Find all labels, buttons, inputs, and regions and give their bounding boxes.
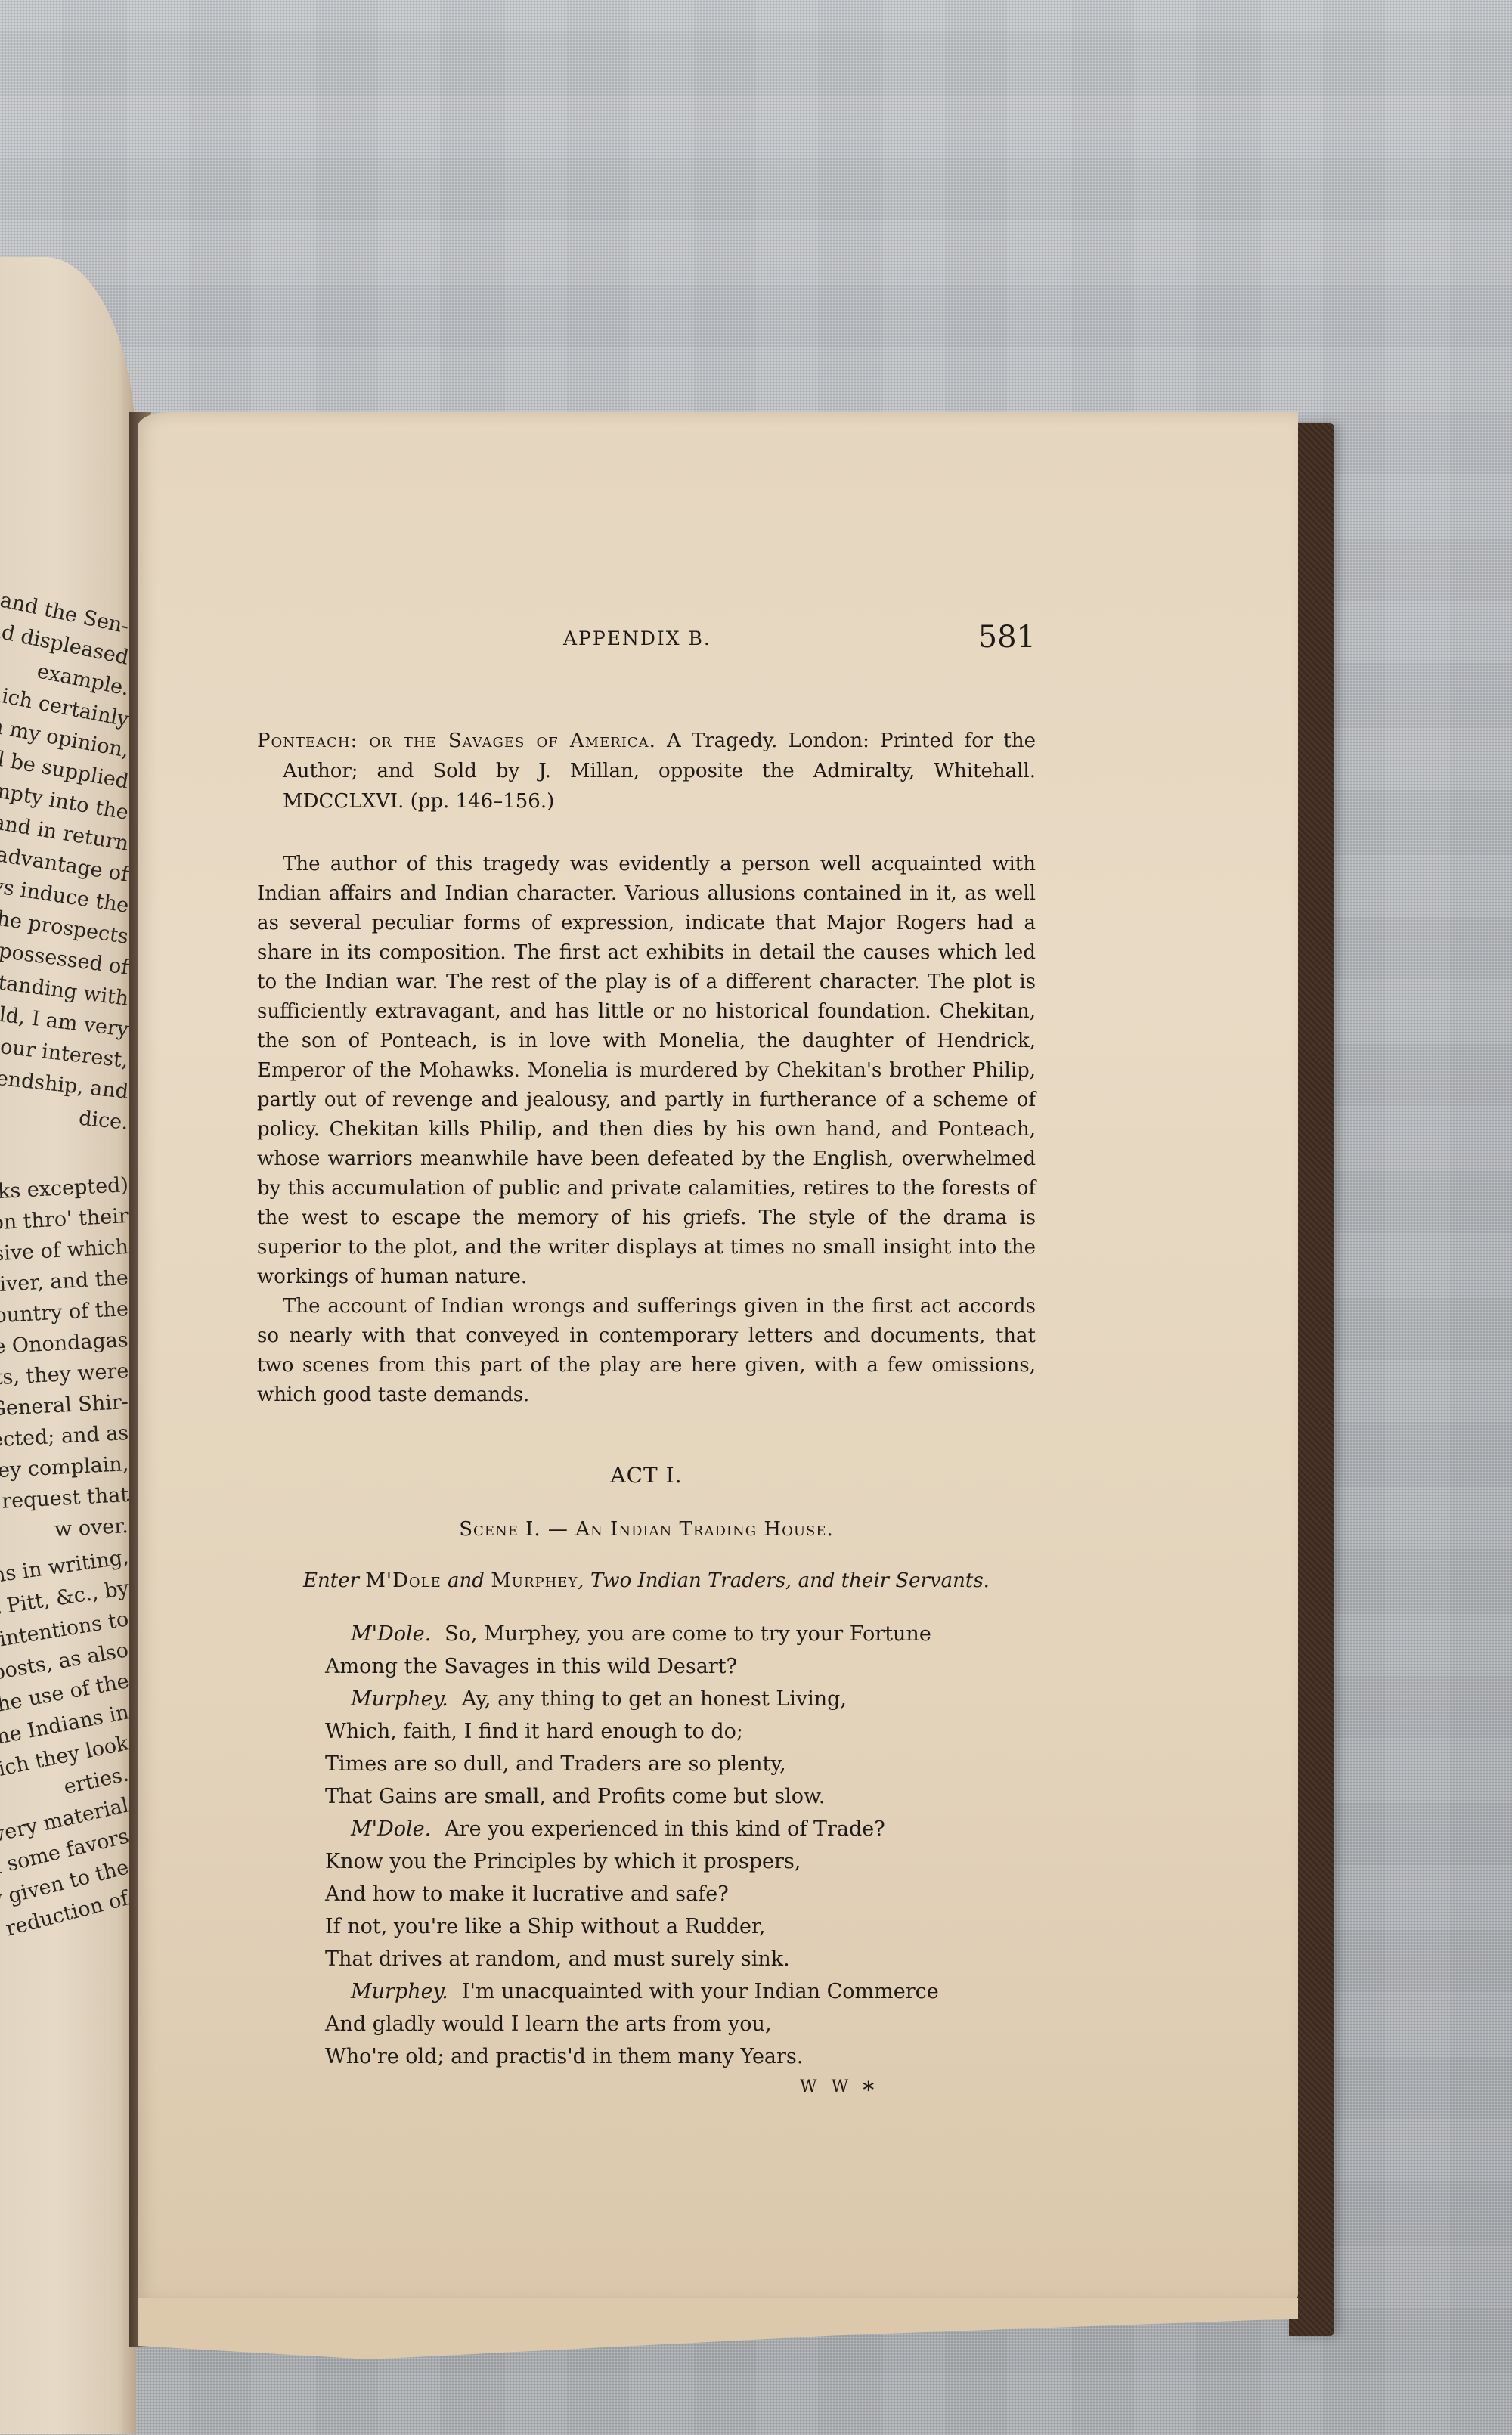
verse-text: Ay, any thing to get an honest Living, xyxy=(462,1687,847,1711)
left-page: ons, and the Sen-ns, and displeasedexamp… xyxy=(0,257,136,2434)
verse-text: Which, faith, I find it hard enough to d… xyxy=(325,1720,743,1743)
running-title: APPENDIX B. xyxy=(563,627,711,649)
paragraph: The account of Indian wrongs and sufferi… xyxy=(257,1292,1036,1410)
verse-line: That Gains are small, and Profits come b… xyxy=(325,1780,1036,1813)
verse-text: That drives at random, and must surely s… xyxy=(325,1947,790,1971)
page-content: APPENDIX B. 581 Ponteach: or the Savages… xyxy=(257,620,1036,2104)
verse-text: Who're old; and practis'd in them many Y… xyxy=(325,2045,803,2068)
verse-text: Know you the Principles by which it pros… xyxy=(325,1850,801,1873)
character-name: M'Dole xyxy=(365,1569,441,1592)
running-head: APPENDIX B. 581 xyxy=(257,620,1036,665)
speaker-name: Murphey. xyxy=(351,1687,448,1711)
left-page-line: w over. xyxy=(54,1511,129,1545)
verse-line: Murphey.I'm unacquainted with your India… xyxy=(325,1975,1036,2008)
speaker-name: M'Dole. xyxy=(351,1817,431,1841)
speaker-name: M'Dole. xyxy=(351,1622,431,1646)
verse-line: That drives at random, and must surely s… xyxy=(325,1943,1036,1975)
verse-text: If not, you're like a Ship without a Rud… xyxy=(325,1915,765,1938)
page-bottom-edge xyxy=(138,2298,1298,2366)
signature-mark: W W * xyxy=(800,2077,1036,2104)
verse-text: And gladly would I learn the arts from y… xyxy=(325,2012,772,2036)
stage-enter: Enter xyxy=(303,1569,365,1592)
verse-dialogue: M'Dole.So, Murphey, you are come to try … xyxy=(325,1618,1036,2073)
signature-letters: W W xyxy=(800,2077,853,2096)
verse-text: And how to make it lucrative and safe? xyxy=(325,1882,729,1906)
verse-line: M'Dole.So, Murphey, you are come to try … xyxy=(325,1618,1036,1650)
paragraph: The author of this tragedy was evidently… xyxy=(257,850,1036,1292)
introduction-text: The author of this tragedy was evidently… xyxy=(257,850,1036,1410)
verse-text: Among the Savages in this wild Desart? xyxy=(325,1655,737,1678)
page-number: 581 xyxy=(978,620,1036,655)
bibliographic-citation: Ponteach: or the Savages of America. A T… xyxy=(257,726,1036,816)
verse-line: And how to make it lucrative and safe? xyxy=(325,1878,1036,1910)
verse-line: Know you the Principles by which it pros… xyxy=(325,1845,1036,1878)
verse-line: Murphey.Ay, any thing to get an honest L… xyxy=(325,1683,1036,1715)
verse-line: Who're old; and practis'd in them many Y… xyxy=(325,2040,1036,2073)
asterisk-icon: * xyxy=(863,2077,878,2104)
verse-line: Times are so dull, and Traders are so pl… xyxy=(325,1748,1036,1780)
scene-heading: Scene I. — An Indian Trading House. xyxy=(257,1518,1036,1541)
verse-text: I'm unacquainted with your Indian Commer… xyxy=(462,1980,939,2003)
stage-direction: Enter M'Dole and Murphey, Two Indian Tra… xyxy=(257,1569,1036,1592)
verse-line: If not, you're like a Ship without a Rud… xyxy=(325,1910,1036,1943)
verse-text: Times are so dull, and Traders are so pl… xyxy=(325,1752,786,1776)
act-heading: ACT I. xyxy=(257,1463,1036,1488)
verse-line: Among the Savages in this wild Desart? xyxy=(325,1650,1036,1683)
stage-and: and xyxy=(442,1569,491,1592)
verse-text: Are you experienced in this kind of Trad… xyxy=(445,1817,885,1841)
verse-text: So, Murphey, you are come to try your Fo… xyxy=(445,1622,931,1646)
speaker-name: Murphey. xyxy=(351,1980,448,2003)
citation-title: Ponteach: or the Savages of America. xyxy=(257,730,656,752)
verse-line: Which, faith, I find it hard enough to d… xyxy=(325,1715,1036,1748)
left-page-line: dice. xyxy=(78,1104,130,1139)
stage-rest: , Two Indian Traders, and their Servants… xyxy=(578,1569,990,1592)
verse-line: M'Dole.Are you experienced in this kind … xyxy=(325,1813,1036,1845)
verse-line: And gladly would I learn the arts from y… xyxy=(325,2008,1036,2040)
character-name: Murphey xyxy=(491,1569,578,1592)
verse-text: That Gains are small, and Profits come b… xyxy=(325,1785,825,1808)
